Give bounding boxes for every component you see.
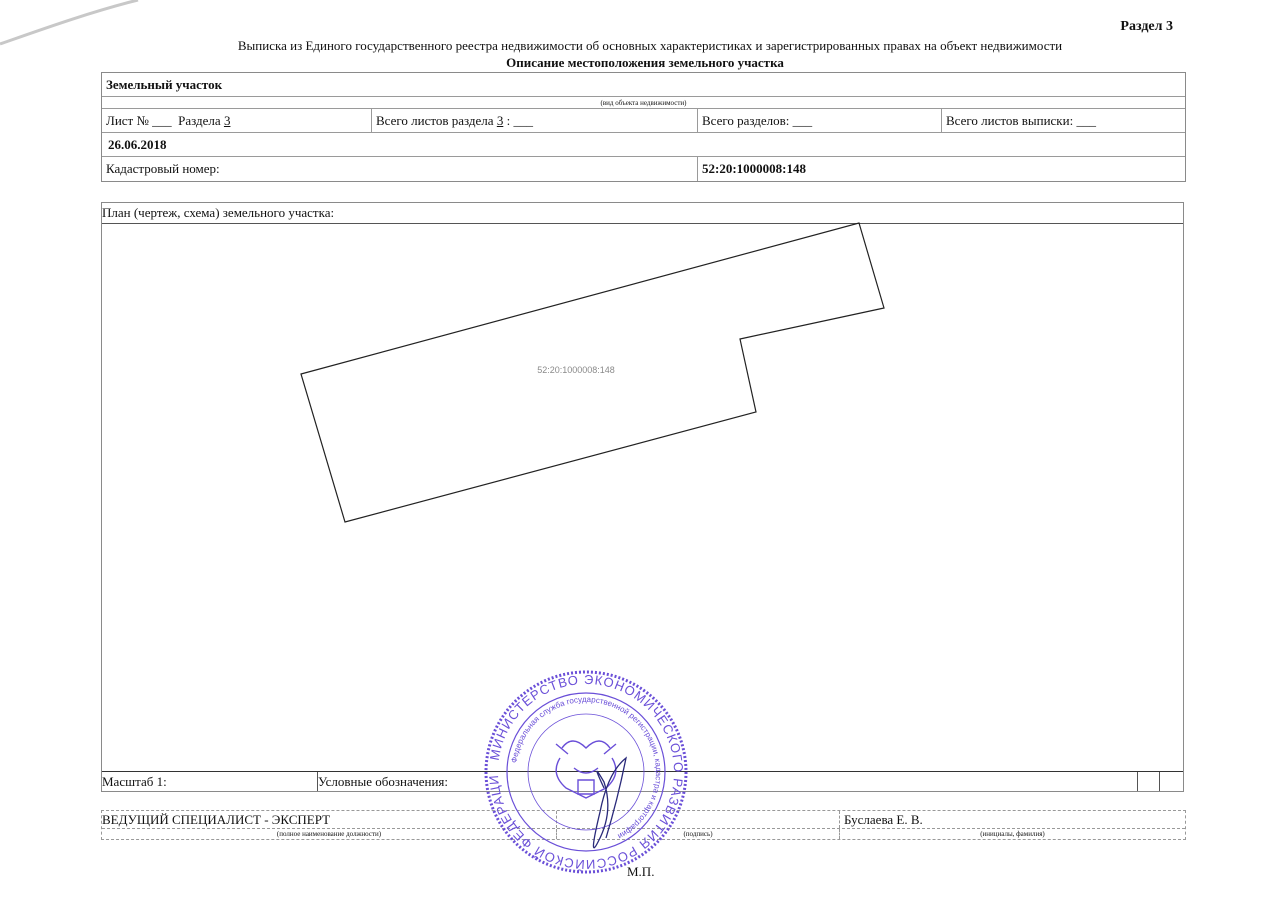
signer-name: Буслаева Е. В. (840, 811, 1185, 828)
stamp-core-ring (528, 714, 644, 830)
stamp-inner-ring (507, 693, 665, 851)
name-caption: (инициалы, фамилия) (840, 829, 1185, 839)
official-stamp: МИНИСТЕРСТВО ЭКОНОМИЧЕСКОГО РАЗВИТИЯ РОС… (482, 668, 690, 876)
eagle-emblem-icon (556, 741, 616, 798)
parcel-label: 52:20:1000008:148 (537, 365, 615, 375)
stamp-inner-text: Федеральная служба государственной регис… (510, 695, 663, 841)
